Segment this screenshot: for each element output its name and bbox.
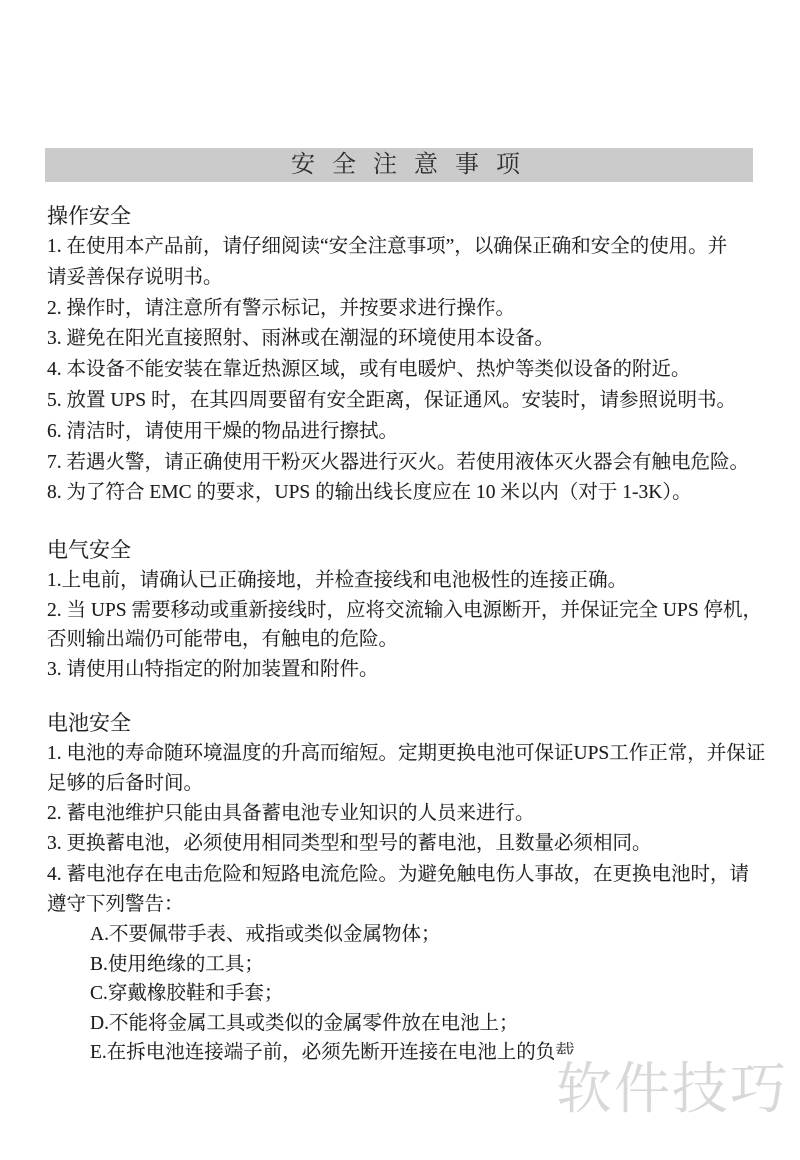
doc-line: 3. 更换蓄电池，必须使用相同类型和型号的蓄电池，且数量必须相同。	[47, 829, 759, 859]
doc-line: 1.上电前，请确认已正确接地，并检查接线和电池极性的连接正确。	[47, 566, 759, 596]
doc-line: 1. 在使用本产品前，请仔细阅读“安全注意事项”，以确保正确和安全的使用。并	[47, 232, 759, 263]
doc-line: 5. 放置 UPS 时，在其四周要留有安全距离，保证通风。安装时，请参照说明书。	[47, 386, 759, 417]
doc-line: 否则输出端仍可能带电，有触电的危险。	[47, 625, 759, 655]
doc-line: 1. 电池的寿命随环境温度的升高而缩短。定期更换电池可保证UPS工作正常，并保证	[47, 739, 759, 769]
doc-line: 2. 操作时，请注意所有警示标记，并按要求进行操作。	[47, 294, 759, 325]
section-electrical-safety: 电气安全 1.上电前，请确认已正确接地，并检查接线和电池极性的连接正确。 2. …	[47, 537, 759, 684]
title-banner: 安全注意事项	[45, 148, 753, 182]
document-body: 操作安全 1. 在使用本产品前，请仔细阅读“安全注意事项”，以确保正确和安全的使…	[47, 182, 759, 1068]
page-title: 安全注意事项	[45, 148, 753, 182]
doc-line: 8. 为了符合 EMC 的要求，UPS 的输出线长度应在 10 米以内（对于 1…	[47, 478, 759, 509]
battery-warning-list: A.不要佩带手表、戒指或类似金属物体； B.使用绝缘的工具； C.穿戴橡胶鞋和手…	[90, 920, 759, 1068]
section-operation-safety: 操作安全 1. 在使用本产品前，请仔细阅读“安全注意事项”，以确保正确和安全的使…	[47, 203, 759, 509]
doc-line: 3. 请使用山特指定的附加装置和附件。	[47, 655, 759, 685]
warning-item: C.穿戴橡胶鞋和手套；	[90, 979, 759, 1009]
section-heading-battery-safety: 电池安全	[47, 710, 759, 736]
doc-line: 足够的后备时间。	[47, 769, 759, 799]
doc-line: 6. 清洁时，请使用干燥的物品进行擦拭。	[47, 417, 759, 448]
watermark-text: 软件技巧	[556, 1062, 788, 1118]
section-lines: 1.上电前，请确认已正确接地，并检查接线和电池极性的连接正确。 2. 当 UPS…	[47, 566, 759, 684]
warning-item: D.不能将金属工具或类似的金属零件放在电池上；	[90, 1009, 759, 1039]
doc-line: 4. 本设备不能安装在靠近热源区域，或有电暖炉、热炉等类似设备的附近。	[47, 355, 759, 386]
warning-item: A.不要佩带手表、戒指或类似金属物体；	[90, 920, 759, 950]
warning-item: B.使用绝缘的工具；	[90, 950, 759, 980]
doc-line: 2. 蓄电池维护只能由具备蓄电池专业知识的人员来进行。	[47, 799, 759, 829]
doc-line: 遵守下列警告：	[47, 890, 759, 920]
section-heading-operation-safety: 操作安全	[47, 203, 759, 229]
document-page: 安全注意事项 操作安全 1. 在使用本产品前，请仔细阅读“安全注意事项”，以确保…	[0, 0, 800, 1160]
doc-line: 2. 当 UPS 需要移动或重新接线时，应将交流输入电源断开，并保证完全 UPS…	[47, 596, 759, 626]
warning-item-text: E.在拆电池连接端子前，必须先断开连接在电池上的负	[90, 1042, 555, 1063]
doc-line: 请妥善保存说明书。	[47, 263, 759, 294]
section-battery-safety: 电池安全 1. 电池的寿命随环境温度的升高而缩短。定期更换电池可保证UPS工作正…	[47, 710, 759, 1068]
section-heading-electrical-safety: 电气安全	[47, 537, 759, 563]
section-lines: 1. 电池的寿命随环境温度的升高而缩短。定期更换电池可保证UPS工作正常，并保证…	[47, 739, 759, 921]
doc-line: 4. 蓄电池存在电击危险和短路电流危险。为避免触电伤人事故，在更换电池时，请	[47, 860, 759, 890]
doc-line: 3. 避免在阳光直接照射、雨淋或在潮湿的环境使用本设备。	[47, 324, 759, 355]
section-lines: 1. 在使用本产品前，请仔细阅读“安全注意事项”，以确保正确和安全的使用。并 请…	[47, 232, 759, 509]
doc-line: 7. 若遇火警，请正确使用干粉灭火器进行灭火。若使用液体灭火器会有触电危险。	[47, 448, 759, 479]
